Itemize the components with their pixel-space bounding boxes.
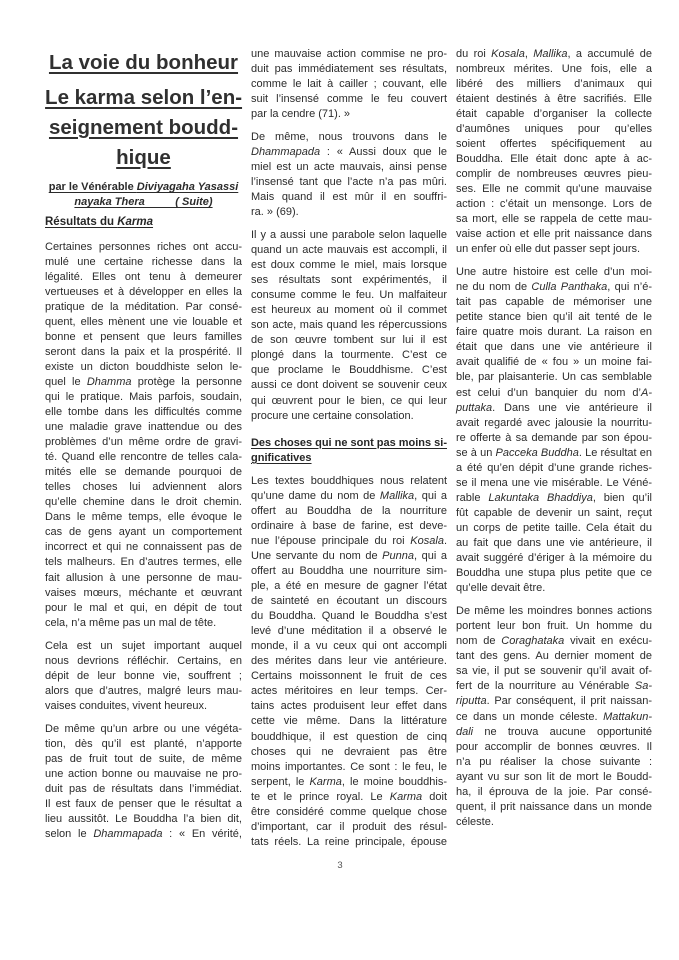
line-text: soient offertes spécifiquement au (456, 137, 652, 152)
italic-term: Karma (390, 791, 422, 803)
line-text: une mauvaise action commise ne pro- (251, 47, 447, 62)
line-text: qui œuvrent pour le bien, ce qui leur (251, 394, 447, 409)
text-run: seignement boudd- (49, 116, 238, 139)
line-text: hique (116, 143, 171, 173)
text-line: un enfer où elle dut passer sept jours. (456, 242, 652, 257)
line-text: ayant vu sur son lit de mort le Boudd- (456, 770, 652, 785)
text-run: seront dans la paix et la prospérité. Il (45, 346, 242, 358)
text-line: incorrect et qui ne connaissent pas de (45, 540, 242, 555)
line-text: ne du nom de Culla Panthaka, qui n’é- (456, 280, 652, 295)
line-text: comme le lait à cailler ; couvant, elle (251, 77, 447, 92)
text-line: serpent, le Karma, le moine bouddhis- (251, 775, 447, 790)
text-line: pratique de la méditation. Par consé- (45, 300, 242, 315)
line-text: suit l’insensé comme le feu couvert (251, 92, 447, 107)
italic-term: Karma (309, 776, 341, 788)
text-run: d’important, car il produit des résul- (251, 821, 447, 833)
line-text: libéré des milliers d’animaux qui (456, 77, 652, 92)
italic-term: Diviyagaha Yasassi (137, 181, 239, 193)
text-line: riputta. Par conséquent, il prit naissan… (456, 694, 652, 709)
text-run: ne trouva aucune opportunité (473, 726, 652, 738)
text-line: Les textes bouddhiques nous relatent (251, 474, 447, 489)
paragraph: Cela est un sujet important auquelnous d… (45, 639, 242, 714)
line-text: te et le prince royal. Le Karma doit (251, 790, 447, 805)
line-text: fait allusion à une personne de mau- (45, 571, 242, 586)
line-text: duit pas immédiatement ses résultats, (251, 62, 447, 77)
line-text: offert au Bouddha de la nourriture (251, 504, 447, 519)
text-run: existe un dicton bouddhiste selon le- (45, 361, 242, 373)
line-text: par le Vénérable Diviyagaha Yasassi (49, 180, 239, 195)
text-run: Une autre histoire est celle d’un moi- (456, 266, 652, 278)
italic-term: Karma (117, 216, 153, 228)
italic-term: Lakuntaka Bhaddiya (488, 492, 593, 504)
text-line: ne du nom de Culla Panthaka, qui n’é- (456, 280, 652, 295)
text-line: existe un dicton bouddhiste selon le- (45, 360, 242, 375)
line-text: un enfer où elle dut passer sept jours. (456, 242, 640, 257)
text-run: consume comme le feu. Un malfaiteur (251, 289, 447, 301)
text-run: problèmes d’un même ordre de gravi- (45, 436, 242, 448)
line-text: mités elle se demande pourquoi de (45, 465, 242, 480)
text-line: qui œuvrent pour le bien, ce qui leur (251, 394, 447, 409)
line-text: a été qu’en dépit d’une grande riches- (456, 461, 652, 476)
text-line: procure une certaine consolation. (251, 409, 447, 424)
line-text: être considéré comme quelque chose (251, 805, 447, 820)
text-line: aussi ce dont doivent se souvenir ceux (251, 378, 447, 393)
text-run: Certaines personnes riches ont accu- (45, 241, 242, 253)
text-run: se il mena une vie misérable. Le Véné- (456, 477, 652, 489)
text-line: Mais quand il est mûr il en souffri- (251, 190, 447, 205)
line-text: La voie du bonheur (49, 48, 238, 78)
text-line: Le karma selon l’en- (45, 83, 242, 113)
text-run: cela, n’a même pas un mal de tête. (45, 617, 216, 629)
italic-term: A- (641, 387, 652, 399)
line-text: est celui d’un banquier du nom d’A- (456, 386, 652, 401)
line-text: Dhammapada : « Aussi doux que le (251, 145, 447, 160)
text-line: Résultats du Karma (45, 214, 242, 230)
text-line: cette vie même. Dans la littérature (251, 714, 447, 729)
line-text: Les textes bouddhiques nous relatent (251, 474, 447, 489)
line-text: gnificatives (251, 451, 312, 466)
text-run: vertueuses et à développer en elles la (45, 286, 242, 298)
italic-term: Dhammapada (251, 146, 320, 158)
line-text: Mais quand il est mûr il en souffri- (251, 190, 447, 205)
text-line: tains actes produisent leur effet dans (251, 699, 447, 714)
text-run: actes méritoires en leur temps. Cer- (251, 685, 447, 697)
text-line: tant des gens. Au dernier moment de (456, 649, 652, 664)
text-line: quent, il prit naissance dans un monde (456, 800, 652, 815)
line-text: Résultats du Karma (45, 214, 153, 230)
article-title: La voie du bonheur (45, 48, 242, 78)
text-line: sa vie, il put se souvenir qu’il avait o… (456, 664, 652, 679)
line-text: duit pas de résultats dans l’immédiat. (45, 782, 242, 797)
text-run: De même qu’un arbre ou une végéta- (45, 723, 242, 735)
text-run: La voie du bonheur (49, 51, 238, 74)
line-text: alors que d’autres, malgré leurs mau- (45, 684, 242, 699)
line-text: ce dans un monde céleste. Mattakun- (456, 710, 652, 725)
text-run: qu’elle devait être. (456, 582, 545, 594)
paragraph: Les textes bouddhiques nous relatentqu’u… (251, 474, 447, 850)
text-run: dépit de leur bonne vie, souffrent ; (45, 670, 242, 682)
text-line: mulé une certaine richesse dans la (45, 255, 242, 270)
line-text: qu’elle chemine dans le droit chemin. (45, 495, 242, 510)
paragraph: De même les moindres bonnes actionsporte… (456, 604, 652, 830)
line-text: qu’elle devait être. (456, 581, 545, 596)
text-run: a été qu’en dépit d’une grande riches- (456, 462, 652, 474)
text-run: étaient destinés à être sacrifiés. Elle (456, 93, 652, 105)
text-run: , qui n’é- (607, 281, 652, 293)
line-text: aussi ce dont doivent se souvenir ceux (251, 378, 447, 393)
text-run: une maladie grave inattendue ou des (45, 421, 242, 433)
text-run: ra. » (69). (251, 206, 299, 218)
text-line: nombreux mérites. Une fois, elle a (456, 62, 652, 77)
text-run: Certains moissonnent le fruit de ces (251, 670, 447, 682)
text-line: Certaines personnes riches ont accu- (45, 240, 242, 255)
text-line: De même les moindres bonnes actions (456, 604, 652, 619)
text-run: soient offertes spécifiquement au (456, 138, 652, 150)
text-run: lieu aussitôt. Le Bouddha l’a bien dit, (45, 813, 242, 825)
text-line: nous devrions réfléchir. Certains, en (45, 654, 242, 669)
text-run: Les textes bouddhiques nous relatent (251, 475, 447, 487)
text-line: levé d’une méditation il a observé le (251, 624, 447, 639)
line-text: levé d’une méditation il a observé le (251, 624, 447, 639)
text-run: : « En vérité, (162, 828, 242, 840)
line-text: avait qualifié de « fou » un moine fai- (456, 355, 652, 370)
text-line: té. Quand elle rencontre de telles cala- (45, 450, 242, 465)
line-text: Bouddha une stupa plus petite que ce (456, 566, 652, 581)
text-line: ra. » (69). (251, 205, 447, 220)
text-run: : « Aussi doux que le (320, 146, 447, 158)
text-line: une mauvaise action commise ne pro- (251, 47, 447, 62)
line-text: vaises conduites, vivent heureux. (45, 699, 207, 714)
text-line: moins importantes. Ce sont : le feu, le (251, 760, 447, 775)
text-run: était que dans une vie antérieure il (456, 341, 652, 353)
line-text: cette vie même. Dans la littérature (251, 714, 447, 729)
text-run: Une servante du nom de (251, 550, 382, 562)
text-line: libéré des milliers d’animaux qui (456, 77, 652, 92)
text-line: fert de la nourriture au Vénérable Sa- (456, 679, 652, 694)
text-run: procure une certaine consolation. (251, 410, 414, 422)
line-text: Cela est un sujet important auquel (45, 639, 242, 654)
line-text: portent leur bon fruit. Un homme du (456, 619, 652, 634)
text-line: Dhammapada : « Aussi doux que le (251, 145, 447, 160)
text-run: se à un (456, 447, 496, 459)
text-line: sa mort, elle se rappela de cette mau- (456, 212, 652, 227)
text-run: quel le (45, 376, 87, 388)
line-text: elle tombe dans les difficultés comme (45, 405, 242, 420)
line-text: est doux comme le miel, mais lorsque (251, 258, 447, 273)
text-line: nayaka Thera ( Suite) (45, 195, 242, 210)
text-run: duit pas de résultats dans l’immédiat. (45, 783, 242, 795)
text-line: offert au Bouddha une nourriture sim- (251, 564, 447, 579)
text-run: par le Vénérable (49, 181, 137, 193)
text-run: aussi ce dont doivent se souvenir ceux (251, 379, 447, 391)
text-run: vaises conduites, vivent heureux. (45, 700, 207, 712)
line-text: tats réels. La reine principale, épouse (251, 835, 447, 850)
text-run: serpent, le (251, 776, 309, 788)
text-run: bouddhique, il est question de cinq (251, 731, 447, 743)
text-line: vaise action et elle prit naissance dans (456, 227, 652, 242)
text-run: te et le prince royal. Le (251, 791, 390, 803)
line-text: nue l’épouse principale du roi Kosala. (251, 534, 447, 549)
article-column-1: La voie du bonheurLe karma selon l’en-se… (45, 48, 242, 842)
italic-term: riputta (456, 695, 487, 707)
text-run: nue l’épouse principale du roi (251, 535, 410, 547)
line-text: mulé une certaine richesse dans la (45, 255, 242, 270)
line-text: plongé dans la tourmente. C’est ce (251, 348, 447, 363)
text-run: tats réels. La reine principale, épouse (251, 836, 447, 848)
paragraph: du roi Kosala, Mallika, a accumulé denom… (456, 47, 652, 258)
italic-term: puttaka (456, 402, 492, 414)
text-line: lieu aussitôt. Le Bouddha l’a bien dit, (45, 812, 242, 827)
text-line: avait regardé avec jalousie la nourritu- (456, 416, 652, 431)
text-run: vaise action et elle prit naissance dans (456, 228, 652, 240)
line-text: d’aumônes uniques pour qu’elles (456, 122, 652, 137)
line-text: nombreux mérites. Une fois, elle a (456, 62, 652, 77)
line-text: sa vie, il put se souvenir qu’il avait o… (456, 664, 652, 679)
text-line: qu’une dame du nom de Mallika, qui a (251, 489, 447, 504)
text-run: qu’elle chemine dans le droit chemin. (45, 496, 242, 508)
text-run: hique (116, 146, 171, 169)
text-run: cas de gens ayant un comportement (45, 526, 242, 538)
text-line: ple, a été en mesure de gagner l’état (251, 579, 447, 594)
text-run: du roi (456, 48, 491, 60)
text-line: est heureux au moment où il commet (251, 303, 447, 318)
line-text: De même qu’un arbre ou une végéta- (45, 722, 242, 737)
line-text: est heureux au moment où il commet (251, 303, 447, 318)
line-text: nom de Coraghataka vivait en exécu- (456, 634, 652, 649)
text-run: tains actes produisent leur effet dans (251, 700, 447, 712)
text-run: est doux comme le miel, mais lorsque (251, 259, 447, 271)
text-run: sa mort, elle se rappela de cette mau- (456, 213, 652, 225)
text-run: mités elle se demande pourquoi de (45, 466, 242, 478)
text-run: son acte, mais quand les répercussions (251, 319, 447, 331)
text-run: de sainteté en écoutant un discours (251, 595, 447, 607)
line-text: nayaka Thera ( Suite) (74, 195, 212, 210)
text-run: duit pas immédiatement ses résultats, (251, 63, 447, 75)
line-text: Il y a aussi une parabole selon laquelle (251, 228, 447, 243)
italic-term: Mallika (533, 48, 567, 60)
italic-term: Culla Panthaka (531, 281, 607, 293)
text-run: cette vie même. Dans la littérature (251, 715, 447, 727)
text-run: tels malheurs. En d’autres termes, elle (45, 556, 242, 568)
text-line: nom de Coraghataka vivait en exécu- (456, 634, 652, 649)
text-run: Des choses qui ne sont pas moins si- (251, 437, 447, 449)
text-line: cela, n’a même pas un mal de tête. (45, 616, 242, 631)
text-run: libéré des milliers d’animaux qui (456, 78, 652, 90)
text-line: gnificatives (251, 451, 447, 466)
text-line: comme le lait à cailler ; couvant, elle (251, 77, 447, 92)
text-run: comme le lait à cailler ; couvant, elle (251, 78, 447, 90)
text-line: Il est faux de penser que le résultat a (45, 797, 242, 812)
text-run: n’a pu réaliser la chose suivante : (456, 756, 652, 768)
text-run: doit (422, 791, 447, 803)
line-text: au fait que dans une vie antérieure, il (456, 536, 652, 551)
text-run: tant des gens. Au dernier moment de (456, 650, 652, 662)
line-text: tels malheurs. En d’autres termes, elle (45, 555, 242, 570)
text-run: selon le (45, 828, 93, 840)
text-line: Il y a aussi une parabole selon laquelle (251, 228, 447, 243)
line-text: de son œuvre tombent sur lui il est (251, 333, 447, 348)
text-line: quel le Dhamma protège la personne (45, 375, 242, 390)
line-text: existe un dicton bouddhiste selon le- (45, 360, 242, 375)
text-run: , qui a (414, 550, 447, 562)
text-line: était capable d’organiser la collecte (456, 107, 652, 122)
line-text: seront dans la paix et la prospérité. Il (45, 345, 242, 360)
line-text: avait regardé avec jalousie la nourritu- (456, 416, 652, 431)
text-run: offert au Bouddha de la nourriture (251, 505, 447, 517)
line-text: choses qui ne devraient pas être (251, 745, 447, 760)
text-run: De même les moindres bonnes actions (456, 605, 652, 617)
line-text: seignement boudd- (49, 113, 238, 143)
section-heading: Des choses qui ne sont pas moins si-gnif… (251, 436, 447, 466)
text-line: Cela est un sujet important auquel (45, 639, 242, 654)
text-run: . Par conséquent, il prit naissan- (487, 695, 652, 707)
text-run: des mérites dans leur vie antérieure. (251, 655, 447, 667)
line-text: Une autre histoire est celle d’un moi- (456, 265, 652, 280)
line-text: faire quatre mois durant. La raison en (456, 325, 652, 340)
text-run: Bouddha une stupa plus petite que ce (456, 567, 652, 579)
line-text: pour accomplir de bonnes œuvres. Il (456, 740, 652, 755)
text-line: qui le pratique. Mais parfois, soudain, (45, 390, 242, 405)
text-run: pour le mal et qui, en dépit de tout (45, 602, 242, 614)
line-text: fût capable de devenir un saint, reçut (456, 506, 652, 521)
text-line: dali ne trouva aucune opportunité (456, 725, 652, 740)
text-run: de son œuvre tombent sur lui il est (251, 334, 447, 346)
italic-term: Dhamma (87, 376, 132, 388)
text-line: avait qualifié de « fou » un moine fai- (456, 355, 652, 370)
text-line: pour accomplir de bonnes œuvres. Il (456, 740, 652, 755)
text-run: petite stance bien qu’il ait tenté de le (456, 311, 652, 323)
text-line: seignement boudd- (45, 113, 242, 143)
text-line: suit l’insensé comme le feu couvert (251, 92, 447, 107)
text-run: Bouddha. Elle était donc apte à ac- (456, 153, 652, 165)
line-text: une maladie grave inattendue ou des (45, 420, 242, 435)
text-line: quand un acte mauvais est accompli, il (251, 243, 447, 258)
text-line: ses résultats sont expérimentés, il (251, 273, 447, 288)
text-line: qu’elle devait être. (456, 581, 652, 596)
text-run: vivait en exécu- (564, 635, 652, 647)
line-text: puttaka. Dans une vie antérieure il (456, 401, 652, 416)
line-text: quent, il prit naissance dans un monde (456, 800, 652, 815)
text-run: moins importantes. Ce sont : le feu, le (251, 761, 447, 773)
article-column-3: du roi Kosala, Mallika, a accumulé denom… (456, 47, 652, 830)
italic-term: Punna (382, 550, 414, 562)
line-text: vaise action et elle prit naissance dans (456, 227, 652, 242)
text-line: était que dans une vie antérieure il (456, 340, 652, 355)
line-text: une action bonne ou mauvaise ne pro- (45, 767, 242, 782)
text-line: fait allusion à une personne de mau- (45, 571, 242, 586)
text-line: qu’elle chemine dans le droit chemin. (45, 495, 242, 510)
text-line: soient offertes spécifiquement au (456, 137, 652, 152)
text-line: puttaka. Dans une vie antérieure il (456, 401, 652, 416)
line-text: nous devrions réfléchir. Certains, en (45, 654, 242, 669)
line-text: sa mort, elle se rappela de cette mau- (456, 212, 652, 227)
text-run: céleste. (456, 816, 494, 828)
text-run: ayant vu sur son lit de mort le Boudd- (456, 771, 652, 783)
line-text: ha, il éprouva de la joie. Par consé- (456, 785, 652, 800)
text-line: petite stance bien qu’il ait tenté de le (456, 310, 652, 325)
line-text: Il est faux de penser que le résultat a (45, 797, 242, 812)
text-line: au fait que dans une vie antérieure, il (456, 536, 652, 551)
text-run: Il y a aussi une parabole selon laquelle (251, 229, 447, 241)
text-line: est celui d’un banquier du nom d’A- (456, 386, 652, 401)
text-run: , a accumulé de (567, 48, 652, 60)
text-run: quand un acte mauvais est accompli, il (251, 244, 447, 256)
text-line: quent, elles mènent une vie louable et (45, 315, 242, 330)
text-line: cas de gens ayant un comportement (45, 525, 242, 540)
line-text: quand un acte mauvais est accompli, il (251, 243, 447, 258)
line-text: que proclame le Bouddhisme. C’est (251, 363, 447, 378)
text-line: vaises mœurs, méchante et œuvrant (45, 586, 242, 601)
line-text: De même, nous trouvons dans le (251, 130, 447, 145)
text-line: de sainteté en écoutant un discours (251, 594, 447, 609)
text-line: offert au Bouddha de la nourriture (251, 504, 447, 519)
text-run: suit l’insensé comme le feu couvert (251, 93, 447, 105)
text-run: au fait que dans une vie antérieure, il (456, 537, 652, 549)
line-text: Le karma selon l’en- (45, 83, 242, 113)
author-byline: par le Vénérable Diviyagaha Yasassinayak… (45, 180, 242, 210)
text-line: pour le mal et qui, en dépit de tout (45, 601, 242, 616)
text-line: re offerte à sa demande par son épou- (456, 431, 652, 446)
line-text: céleste. (456, 815, 494, 830)
text-run: ce dans un monde céleste. (456, 711, 603, 723)
text-line: être considéré comme quelque chose (251, 805, 447, 820)
text-line: monde, il a vu ceux qui ont accompli (251, 639, 447, 654)
text-run: levé d’une méditation il a observé le (251, 625, 447, 637)
italic-term: dali (456, 726, 473, 738)
text-run: Il est faux de penser que le résultat a (45, 798, 242, 810)
text-run: être considéré comme quelque chose (251, 806, 447, 818)
text-line: action : c’était un mensonge. Lors de (456, 197, 652, 212)
line-text: monde, il a vu ceux qui ont accompli (251, 639, 447, 654)
line-text: riputta. Par conséquent, il prit naissan… (456, 694, 652, 709)
text-run: vaises mœurs, méchante et œuvrant (45, 587, 242, 599)
text-run: d’aumônes uniques pour qu’elles (456, 123, 652, 135)
text-line: a été qu’en dépit d’une grande riches- (456, 461, 652, 476)
text-run: est celui d’un banquier du nom d’ (456, 387, 641, 399)
text-run: monde, il a vu ceux qui ont accompli (251, 640, 447, 652)
text-line: nue l’épouse principale du roi Kosala. (251, 534, 447, 549)
text-line: bouddhique, il est question de cinq (251, 730, 447, 745)
text-line: pas de fruit tout de suite, de même (45, 752, 242, 767)
text-line: est doux comme le miel, mais lorsque (251, 258, 447, 273)
line-text: tion, dès qu’il est planté, n’apporte (45, 737, 242, 752)
text-run: alors que d’autres, malgré leurs mau- (45, 685, 242, 697)
text-run: De même, nous trouvons dans le (251, 131, 447, 143)
text-line: hique (45, 143, 242, 173)
line-text: dali ne trouva aucune opportunité (456, 725, 652, 740)
text-run: portent leur bon fruit. Un homme du (456, 620, 652, 632)
text-line: n’a pu réaliser la chose suivante : (456, 755, 652, 770)
text-line: plongé dans la tourmente. C’est ce (251, 348, 447, 363)
text-run: pas de fruit tout de suite, de même (45, 753, 242, 765)
text-line: céleste. (456, 815, 652, 830)
text-line: elle tombe dans les difficultés comme (45, 405, 242, 420)
text-run: quent, il prit naissance dans un monde (456, 801, 652, 813)
text-line: Dans le même temps, elle évoque le (45, 510, 242, 525)
line-text: l’insensé tant que l’acte n’a pas mûri. (251, 175, 447, 190)
line-text: étaient destinés à être sacrifiés. Elle (456, 92, 652, 107)
text-run: du Bouddha. Quand le Bouddha s’est (251, 610, 447, 622)
text-line: une maladie grave inattendue ou des (45, 420, 242, 435)
text-run: miel est un acte mauvais, ainsi pense (251, 161, 447, 173)
text-line: bonne et pensent que leurs familles (45, 330, 242, 345)
line-text: rable Lakuntaka Bhaddiya, bien qu’il (456, 491, 652, 506)
text-run: Dans le même temps, elle évoque le (45, 511, 242, 523)
text-run: nombreux mérites. Une fois, elle a (456, 63, 652, 75)
text-line: problèmes d’un même ordre de gravi- (45, 435, 242, 450)
text-run: protège la personne (131, 376, 242, 388)
line-text: qui le pratique. Mais parfois, soudain, (45, 390, 242, 405)
